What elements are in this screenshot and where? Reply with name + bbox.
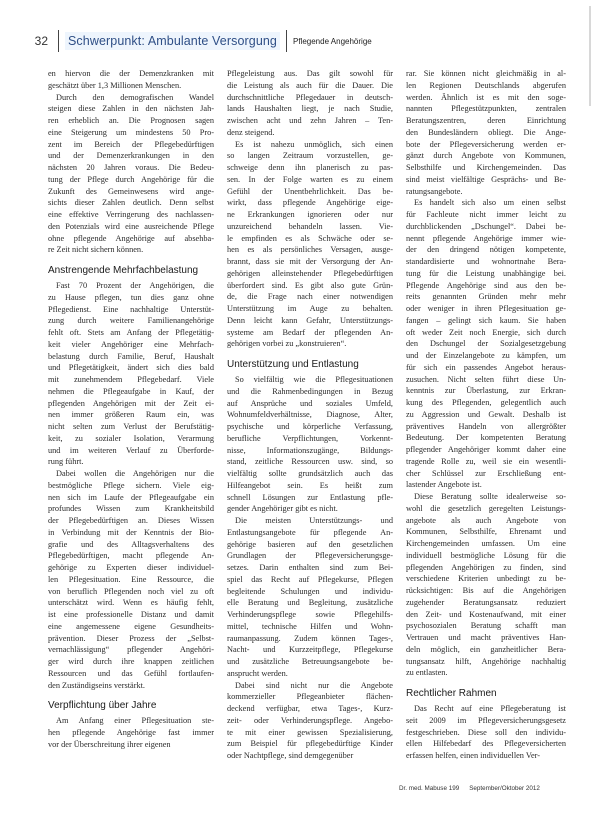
text-line: durchblickenden „Dschungel“. Dabei be- (406, 221, 566, 233)
text-line: zugehender Beratungsansatz reduziert (406, 597, 566, 609)
page-header: 32 Schwerpunkt: Ambulante Versorgung Pfl… (24, 30, 372, 52)
paragraph: Fast 70 Prozent der Angehörigen, diezu H… (48, 280, 214, 468)
text-line: systeme am Bedarf der pflegenden An- (227, 327, 393, 339)
text-line: wirkt, dass pflegende Angehörige eige- (227, 197, 393, 209)
paragraph: Pflegeleistung aus. Das gilt sowohl fürd… (227, 68, 393, 139)
text-line: und zusätzliche Betreuungsangebote be- (227, 656, 393, 668)
text-line: deckend verfügbar, etwa Tages-, Kurz- (227, 703, 393, 715)
text-line: lastender Angebote ist. (406, 479, 566, 491)
text-line: unzureichend behandeln lassen. Vie- (227, 221, 393, 233)
text-line: de, die Frage nach einer notwendigen (227, 291, 393, 303)
text-line: Pflegende Angehörige sind aus den be- (406, 280, 566, 292)
paragraph: en hiervon die der Demenzkranken mitgesc… (48, 68, 214, 92)
text-line: Denn leicht kann Gefahr, Unterstützungs- (227, 315, 393, 327)
header-divider (286, 30, 287, 52)
text-line: Es handelt sich also um einen selbst (406, 197, 566, 209)
text-line: le empfinden es als Schwäche oder se- (227, 233, 393, 245)
text-line: unterschätzt wird. Wenn es häufig fehlt, (48, 597, 214, 609)
text-line: eine angemessene eigene Gesundheits- (48, 621, 214, 633)
text-line: kenntnis zur Überlastung, zur Erkran- (406, 385, 566, 397)
paragraph: Diese Beratung sollte idealerweise so-wo… (406, 491, 566, 679)
text-line: fangen – gelingt sich kaum. Sie haben (406, 315, 566, 327)
text-line: pflegenden Angehörigen zu finden, sind (406, 562, 566, 574)
text-line: zeit- oder Verhinderungspflege. Angebo- (227, 715, 393, 727)
article-column-3: rar. Sie können nicht gleichmäßig in al-… (406, 68, 566, 762)
text-line: angebote als auch Angebote von (406, 515, 566, 527)
text-line: Es ist nahezu unmöglich, sich einen (227, 139, 393, 151)
text-line: Durch den demografischen Wandel (48, 92, 214, 104)
section-heading: Unterstützung und Entlastung (227, 358, 393, 371)
text-line: zu entlasten. (406, 667, 566, 679)
text-line: keit, zu sozialer Isolation, Verarmung (48, 433, 214, 445)
text-line: profundes Wissen zum Krankheitsbild (48, 503, 214, 515)
text-line: Nacht- und Kurzzeitpflege, Pflegekurse (227, 644, 393, 656)
page-footer: Dr. med. Mabuse 199September/Oktober 201… (399, 785, 540, 792)
text-line: prävention. Dieser Prozess der „Selbst- (48, 633, 214, 645)
text-line: pflegenden Angehörigen mit der Zeit ei- (48, 398, 214, 410)
text-line: gender Angehöriger gibt es nicht. (227, 503, 393, 515)
text-line: belastung durch Familie, Beruf, Haushalt (48, 351, 214, 363)
text-line: der den dringend nötigen kompetente, (406, 244, 566, 256)
subsection-title: Pflegende Angehörige (293, 37, 372, 46)
text-line: rücksichtigen: Bis auf die Angehörigen (406, 585, 566, 597)
text-line: zung durch weitere Familienangehörige (48, 315, 214, 327)
text-line: Kommunen, Selbsthilfe, Ehrenamt und (406, 526, 566, 538)
text-line: pflegender Angehöriger kommt daher eine (406, 444, 566, 456)
paragraph: rar. Sie können nicht gleichmäßig in al-… (406, 68, 566, 197)
text-line: lands Haushalten liegt, je nach Studie, (227, 103, 393, 115)
text-line: von beruflich Pflegenden noch viel zu of… (48, 586, 214, 598)
article-column-1: en hiervon die der Demenzkranken mitgesc… (48, 68, 214, 751)
journal-name: Dr. med. Mabuse 199 (399, 785, 459, 792)
text-line: bestmögliche Pflege sichern. Viele eig- (48, 480, 214, 492)
text-line: geschätzt über 1,3 Millionen Menschen. (48, 80, 214, 92)
text-line: berufliche Verpflichtungen, Vorkennt- (227, 433, 393, 445)
text-line: mittel, technische Hilfen und Wohn- (227, 621, 393, 633)
text-line: Das Recht auf eine Pflegeberatung ist (406, 703, 566, 715)
text-line: sichts dieser Zahlen deutlich. Denn selb… (48, 197, 214, 209)
text-line: den Dschungel der Sozialgesetzgebung (406, 338, 566, 350)
text-line: Bedeutung. Der kompetenten Beratung (406, 432, 566, 444)
text-line: deln möglich, ein ganzheitlicher Bera- (406, 644, 566, 656)
text-line: setzes. Darin enthalten sind zum Bei- (227, 562, 393, 574)
text-line: durchschnittliche Pflegedauer in deutsch… (227, 92, 393, 104)
text-line: Dabei sind nicht nur die Angebote (227, 680, 393, 692)
section-title: Schwerpunkt: Ambulante Versorgung (65, 32, 280, 50)
text-line: zum Beispiel für pflegebedürftige Kinder (227, 738, 393, 750)
text-line: nen sich im Laufe der Pflegeaufgabe ein (48, 492, 214, 504)
text-line: Gefühl der Unentbehrlichkeit. Das be- (227, 186, 393, 198)
page-edge-shadow (589, 6, 591, 106)
text-line: tungsansatz hilft, Angehörige nachhaltig (406, 656, 566, 668)
text-line: rung führt. (48, 456, 214, 468)
text-line: steigen diese Zahlen in den nächsten Jah… (48, 103, 214, 115)
text-line: und der Demenzerkrankungen in den (48, 150, 214, 162)
text-line: und Pflegetätigkeit, ändert sich dies ba… (48, 362, 214, 374)
text-line: fehlt oft. Stets am Anfang der Pflegetät… (48, 327, 214, 339)
text-line: oder Nachtpflege, sind demgegenüber (227, 750, 393, 762)
text-line: nicht selten zum Verlust der Berufstätig… (48, 421, 214, 433)
header-divider (58, 30, 59, 52)
text-line: den Zuständigseins verstärkt. (48, 680, 214, 692)
text-line: Kirchengemeinden umfassen. Um eine (406, 538, 566, 550)
paragraph: Durch den demografischen Wandelsteigen d… (48, 92, 214, 257)
text-line: rar. Sie können nicht gleichmäßig in al- (406, 68, 566, 80)
text-line: nisse, Informationszugänge, Bildungs- (227, 445, 393, 457)
issue-date: September/Oktober 2012 (469, 785, 540, 792)
text-line: Grundlagen der Pflegeversicherungsge- (227, 550, 393, 562)
text-line: gänzt durch Angebote von Kommunen, (406, 150, 566, 162)
text-line: tragende Rolle zu, weil sie ein wesentli… (406, 456, 566, 468)
text-line: werden. Ähnlich ist es mit den soge- (406, 92, 566, 104)
text-line: raumanpassung. Zudem können Tages-, (227, 633, 393, 645)
text-line: spiel das Recht auf Pflegekurse, Pflegen (227, 574, 393, 586)
text-line: schweige denn ihn planerisch zu pas- (227, 162, 393, 174)
text-line: und die Rahmenbedingungen in Bezug (227, 386, 393, 398)
text-line: vernachlässigung“ pflegender Angehöri- (48, 644, 214, 656)
text-line: Die meisten Unterstützungs- und (227, 515, 393, 527)
text-line: der Pflegebedürftigen an. Dieses Wissen (48, 515, 214, 527)
text-line: Zukunft des Gemeinwesens wird ange- (48, 186, 214, 198)
text-line: ohne pflegende Angehörige auf absehba- (48, 233, 214, 245)
text-line: ne Erkrankungen ignorieren oder nur (227, 209, 393, 221)
text-line: verschiedene Kriterien unbedingt zu be- (406, 573, 566, 585)
text-line: vor der Überschreitung ihrer eigenen (48, 739, 214, 751)
text-line: standardisierte und wohnortnahe Bera- (406, 256, 566, 268)
text-line: brannt, dass sie mit der Versorgung der … (227, 256, 393, 268)
text-line: Ressourcen und das Gefühl fortlaufen- (48, 668, 214, 680)
text-line: oder weniger in ihren Pflegesituation ge… (406, 303, 566, 315)
text-line: Entlastungsangebote für pflegende An- (227, 527, 393, 539)
text-line: Fast 70 Prozent der Angehörigen, die (48, 280, 214, 292)
text-line: sind meist vielfältige Gesprächs- und Be… (406, 174, 566, 186)
text-line: für Fachleute nicht immer leicht zu (406, 209, 566, 221)
text-line: den Zeit- und Kostenaufwand, mit einer (406, 609, 566, 621)
text-line: Diese Beratung sollte idealerweise so- (406, 491, 566, 503)
section-heading: Rechtlicher Rahmen (406, 687, 566, 700)
text-line: hen pflegende Angehörige fast immer (48, 727, 214, 739)
text-line: vielfältig sollte grundsätzlich auch das (227, 468, 393, 480)
text-line: oft weder Zeit noch Energie, sich durch (406, 327, 566, 339)
text-line: Pflegedienst. Eine nachhaltige Unterstüt… (48, 304, 214, 316)
text-line: ansprucht werden. (227, 668, 393, 680)
text-line: schnell Lösungen zur Entlastung pfle- (227, 492, 393, 504)
text-line: grafie und des Alltagsverhaltens des (48, 539, 214, 551)
text-line: ist eine professionelle Distanz und dami… (48, 609, 214, 621)
paragraph: Es ist nahezu unmöglich, sich einenso la… (227, 139, 393, 351)
text-line: eine Steigerung um mindestens 50 Pro- (48, 127, 214, 139)
text-line: nehmen die Pflegeaufgabe in Kauf, der (48, 386, 214, 398)
text-line: zu Hause pflegen, tun dies ganz ohne (48, 292, 214, 304)
text-line: und im weiteren Verlauf zu Überforde- (48, 445, 214, 457)
text-line: nächsten 20 Jahren voraus. Die Bedeu- (48, 162, 214, 174)
text-line: Verhinderungspflege sowie Pflegehilfs- (227, 609, 393, 621)
text-line: zusuchen. Nicht selten führt diese Un- (406, 374, 566, 386)
text-line: So vielfältig wie die Pflegesituationen (227, 374, 393, 386)
text-line: sen. In der Folge warten es zu einem (227, 174, 393, 186)
text-line: nennt pflegende Angehörige immer wie- (406, 233, 566, 245)
text-line: len Pflegesituation. Eine Ressource, die (48, 574, 214, 586)
text-line: gehörige zu Experten dieser individuel- (48, 562, 214, 574)
text-line: und der Einzelangebote zu kämpfen, um (406, 350, 566, 362)
text-line: gehörigen vorbei zu „konstruieren“. (227, 338, 393, 350)
text-line: die Leistung als auch für die Dauer. Die (227, 80, 393, 92)
paragraph: Am Anfang einer Pflegesituation ste-hen … (48, 715, 214, 750)
text-line: nen immer größeren Raum ein, was (48, 409, 214, 421)
text-line: individuell bestmögliche Lösung für die (406, 550, 566, 562)
text-line: bote der Pflegeversicherung werden er- (406, 139, 566, 151)
text-line: den Bundesländern obliegt. Die Ange- (406, 127, 566, 139)
text-line: zwischen acht und zehn Jahren – Ten- (227, 115, 393, 127)
text-line: keit vieler Angehöriger eine Mehrfach- (48, 339, 214, 351)
text-line: len Regionen Deutschlands abgerufen (406, 80, 566, 92)
text-line: te mit einer gewissen Spezialisierung, (227, 727, 393, 739)
text-line: eine effektive Verringerung des nachlass… (48, 209, 214, 221)
text-line: erfassen helfen, einen individuellen Ver… (406, 750, 566, 762)
text-line: in Verbindung mit der Kenntnis der Bio- (48, 527, 214, 539)
text-line: auf Ansprüche und soziales Umfeld, (227, 398, 393, 410)
paragraph: Das Recht auf eine Pflegeberatung istsei… (406, 703, 566, 762)
text-line: nannten Pflegestützpunkten, zentralen (406, 103, 566, 115)
paragraph: Es handelt sich also um einen selbstfür … (406, 197, 566, 491)
text-line: psychische und körperliche Verfassung, (227, 421, 393, 433)
paragraph: So vielfältig wie die Pflegesituationenu… (227, 374, 393, 515)
text-line: ellen Hilfebedarf des Pflegeversicherten (406, 738, 566, 750)
text-line: hen es als persönliches Versagen, ausge- (227, 244, 393, 256)
text-line: elle Beratung und Begleitung, zusätzlich… (227, 597, 393, 609)
text-line: cher Schlüssel zur Erschließung ent- (406, 468, 566, 480)
text-line: kung des Pflegenden, gelegentlich auch (406, 397, 566, 409)
text-line: begleitende Schulungen und individu- (227, 586, 393, 598)
paragraph: Dabei sind nicht nur die Angebotekommerz… (227, 680, 393, 762)
text-line: Pflegeleistung aus. Das gilt sowohl für (227, 68, 393, 80)
page-number: 32 (24, 34, 52, 48)
text-line: seit 2009 im Pflegeversicherungsgesetz (406, 715, 566, 727)
text-line: kommerzieller Pflegeanbieter flächen- (227, 691, 393, 703)
text-line: gehörige basieren auf den gesetzlichen (227, 539, 393, 551)
text-line: Hilfeangebot sein. Es heißt zum (227, 480, 393, 492)
text-line: präventives Handeln von allergrößter (406, 421, 566, 433)
text-line: reits genannten Gründen mehr mehr (406, 291, 566, 303)
paragraph: Dabei wollen die Angehörigen nur diebest… (48, 468, 214, 691)
text-line: zent im Bereich der Pflegebedürftigen (48, 139, 214, 151)
text-line: Vertrauen und macht präventives Han- (406, 632, 566, 644)
text-line: ger wird durch ihre knappen zeitlichen (48, 656, 214, 668)
section-heading: Verpflichtung über Jahre (48, 699, 214, 712)
text-line: den Potenzials wird eine ausreichende Pf… (48, 221, 214, 233)
text-line: tung für die Leistung unabhängige bei. (406, 268, 566, 280)
text-line: Dabei wollen die Angehörigen nur die (48, 468, 214, 480)
paragraph: Die meisten Unterstützungs- undEntlastun… (227, 515, 393, 680)
article-column-2: Pflegeleistung aus. Das gilt sowohl fürd… (227, 68, 393, 762)
text-line: tung der Pflege durch Angehörige für die (48, 174, 214, 186)
text-line: stand, zeitliche Ressourcen usw. sind, s… (227, 456, 393, 468)
text-line: Pflegebedürftigen, macht pflegende An- (48, 550, 214, 562)
text-line: gehörigen alleinstehender Pflegebedürfti… (227, 268, 393, 280)
text-line: festgeschrieben. Diese soll den individu… (406, 727, 566, 739)
text-line: en hiervon die der Demenzkranken mit (48, 68, 214, 80)
text-line: für sich ein passendes Angebot heraus- (406, 362, 566, 374)
text-line: wohl die gesetzlich geregelten Leistungs… (406, 503, 566, 515)
text-line: denz steigend. (227, 127, 393, 139)
text-line: so langen Zeitraum vorzustellen, ge- (227, 150, 393, 162)
section-heading: Anstrengende Mehrfachbelastung (48, 264, 214, 277)
text-line: Wohnumfeldverhältnisse, Diagnose, Alter, (227, 409, 393, 421)
text-line: psychosozialen Beratung schafft man (406, 620, 566, 632)
text-line: Am Anfang einer Pflegesituation ste- (48, 715, 214, 727)
text-line: Beratungszentren, deren Einrichtung (406, 115, 566, 127)
text-line: ratungsangebote. (406, 186, 566, 198)
text-line: mit zunehmendem Pflegebedarf. Viele (48, 374, 214, 386)
text-line: überfordert sind. Es gibt also gute Grün… (227, 280, 393, 292)
text-line: Selbsthilfe und Kirchengemeinden. Das (406, 162, 566, 174)
text-line: re Zeit nicht sichern können. (48, 244, 214, 256)
text-line: Unterstützung im Auge zu behalten. (227, 303, 393, 315)
text-line: zu Aggression und Gewalt. Deshalb ist (406, 409, 566, 421)
text-line: ren erheblich an. Die Prognosen sagen (48, 115, 214, 127)
